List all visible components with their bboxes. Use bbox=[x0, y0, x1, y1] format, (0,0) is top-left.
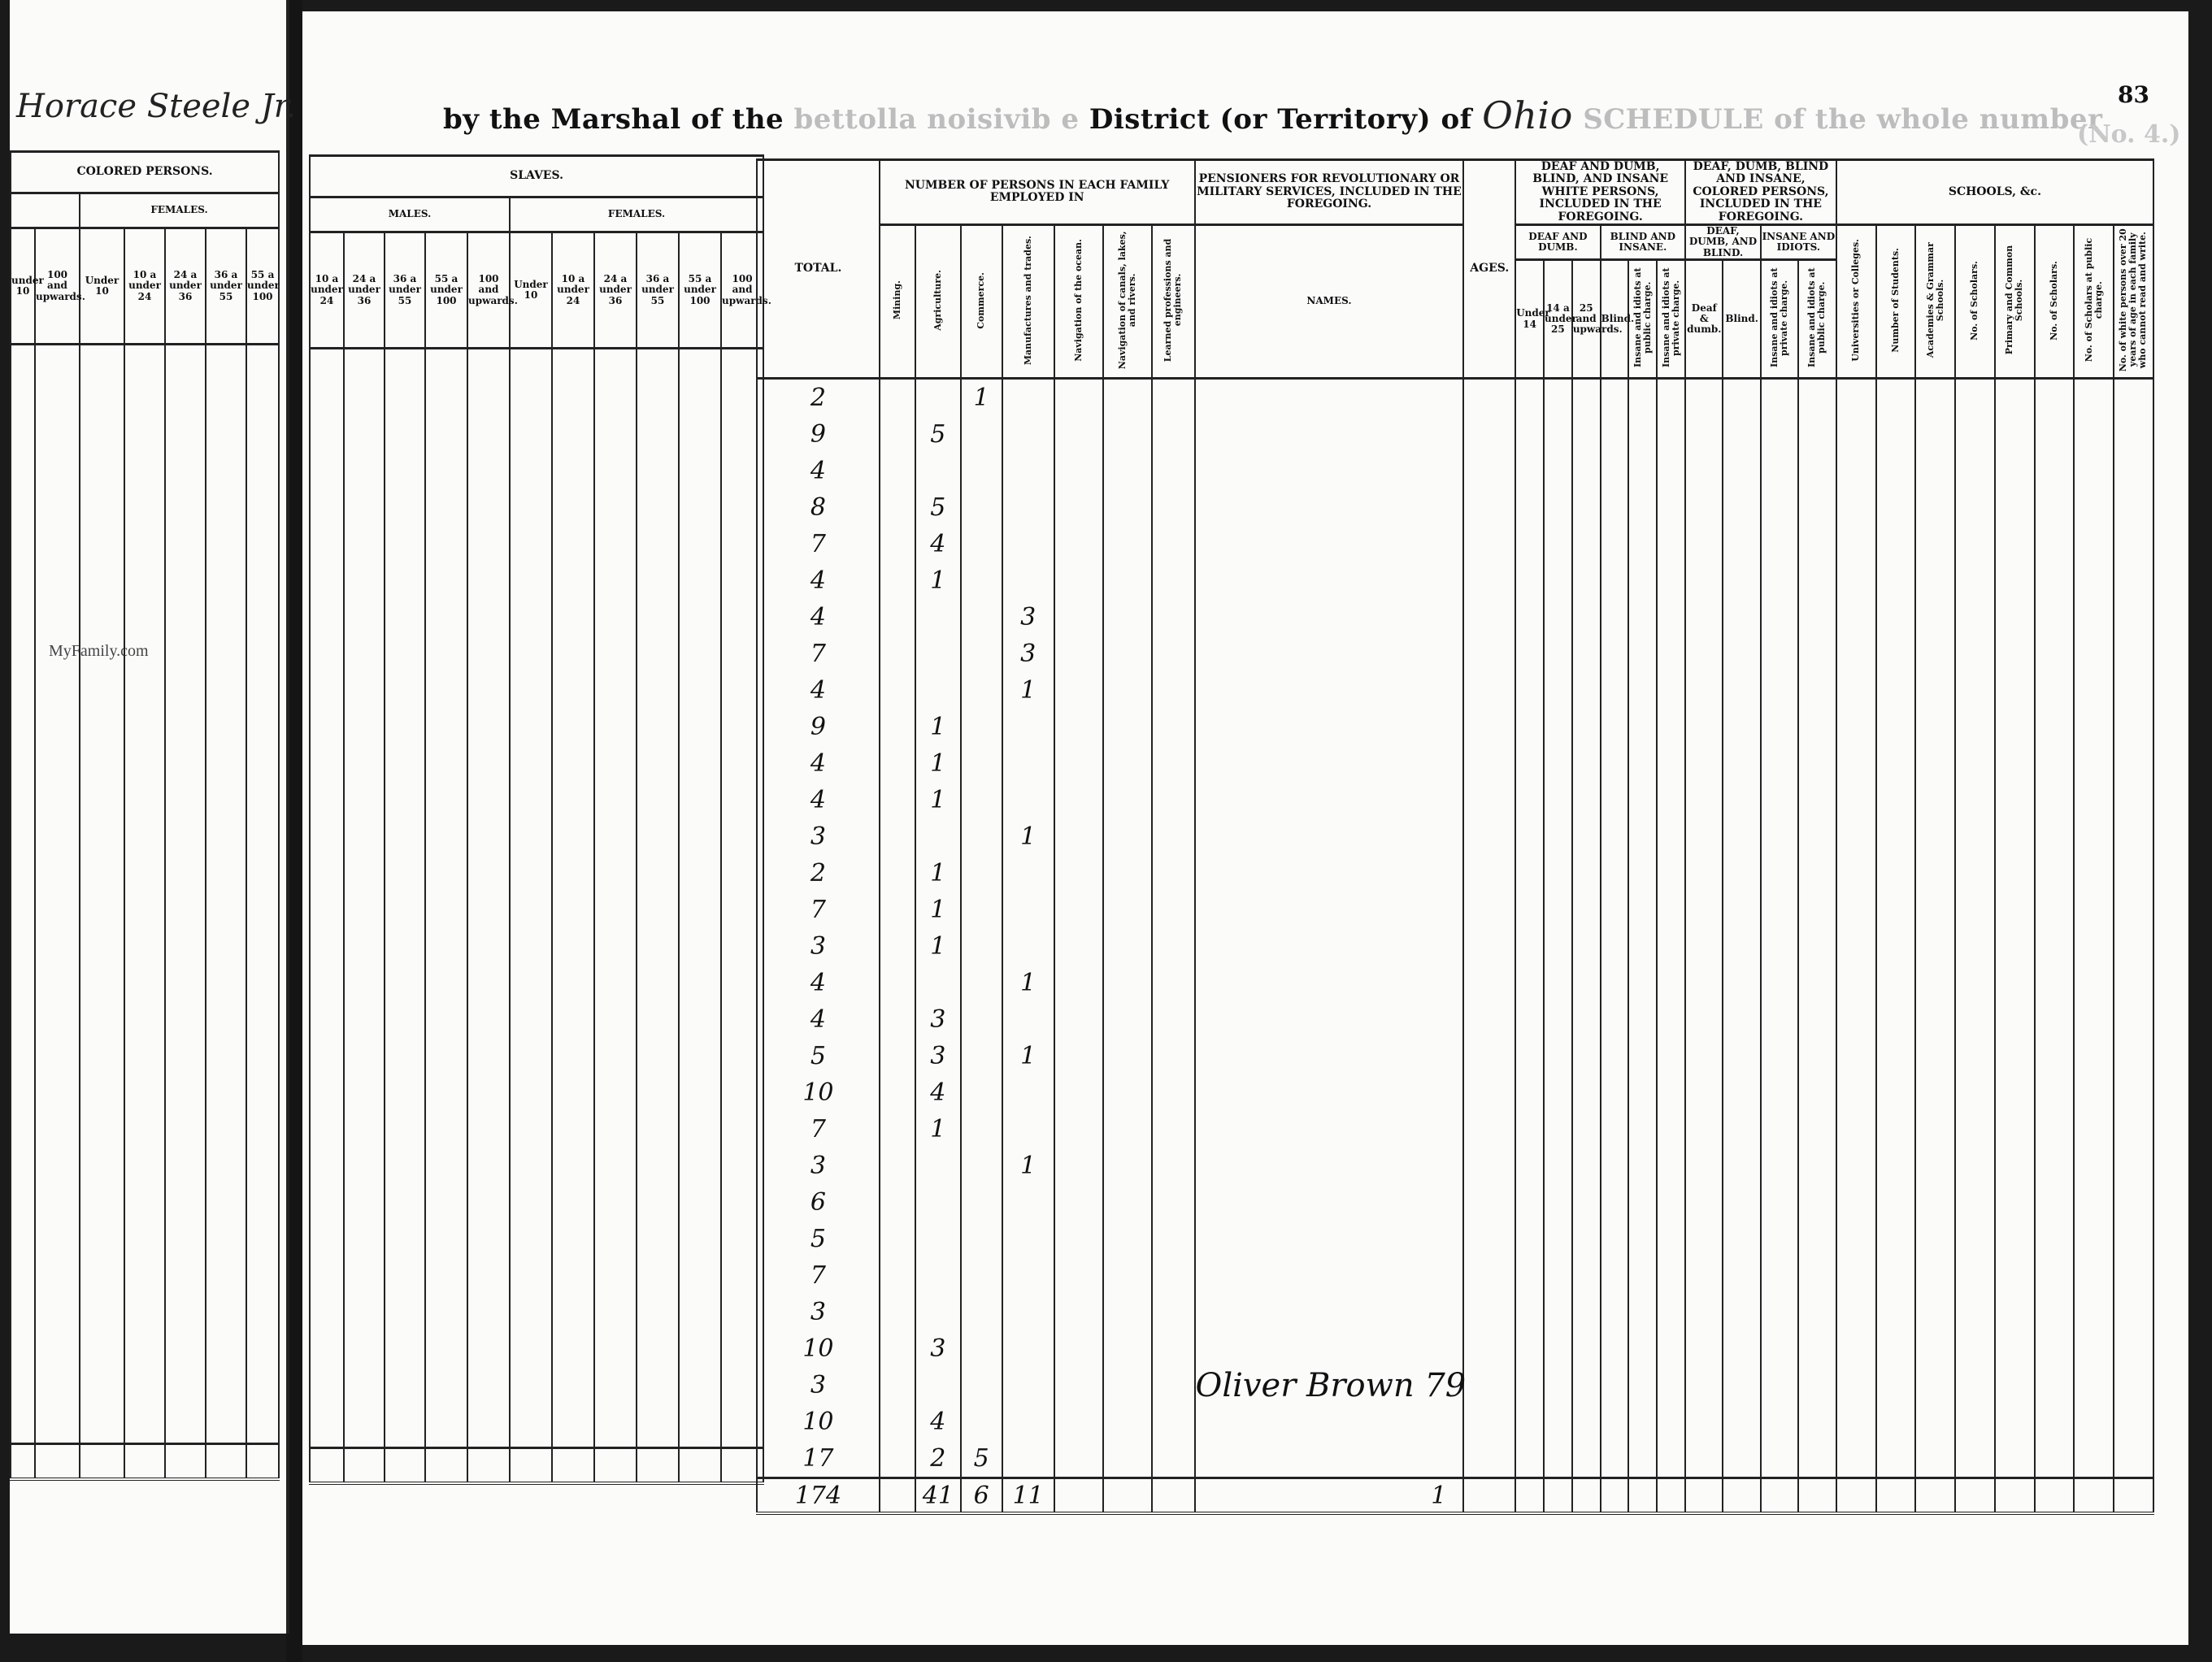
row-commerce bbox=[961, 782, 1002, 818]
col-header: 36 a under 55 bbox=[637, 232, 679, 349]
pensioner-name-text: Oliver Brown bbox=[1196, 1367, 1415, 1404]
row-agriculture: 5 bbox=[915, 416, 961, 453]
table-row: 103 bbox=[757, 1330, 2153, 1367]
table-row bbox=[310, 642, 763, 679]
title-ghost-right: SCHEDULE of the whole number bbox=[1583, 103, 2102, 136]
col-header: 36 a under 55 bbox=[385, 232, 425, 349]
row-commerce bbox=[961, 416, 1002, 453]
col-academies: Academies & Grammar Schools. bbox=[1926, 224, 1945, 375]
table-row bbox=[11, 528, 279, 565]
table-row bbox=[11, 638, 279, 675]
row-manufactures: 1 bbox=[1002, 672, 1054, 709]
row-total: 4 bbox=[757, 672, 880, 709]
table-row bbox=[310, 1337, 763, 1373]
table-row bbox=[310, 1008, 763, 1044]
col-primary-schools: Primary and Common Schools. bbox=[2005, 224, 2024, 375]
col-deaf-14-25: 14 a under 25 bbox=[1544, 259, 1572, 378]
row-total: 9 bbox=[757, 709, 880, 745]
col-header: 55 a under 100 bbox=[246, 228, 279, 345]
col-insane-public: Insane and idiots at public charge. bbox=[1633, 261, 1653, 375]
table-row bbox=[310, 1410, 763, 1448]
row-manufactures: 1 bbox=[1002, 1148, 1054, 1184]
table-row bbox=[310, 1227, 763, 1264]
table-row: 31 bbox=[757, 818, 2153, 855]
col-header: 100 and upwards. bbox=[467, 232, 510, 349]
row-pensioner-name bbox=[1195, 453, 1464, 489]
table-row bbox=[310, 459, 763, 496]
row-pensioner-name bbox=[1195, 379, 1464, 417]
colored-insane-subheader: INSANE AND IDIOTS. bbox=[1761, 224, 1836, 259]
table-row bbox=[310, 971, 763, 1008]
row-total: 4 bbox=[757, 562, 880, 599]
row-manufactures bbox=[1002, 855, 1054, 892]
table-row bbox=[310, 1154, 763, 1191]
row-pensioner-name bbox=[1195, 1404, 1464, 1440]
table-row: 1725 bbox=[757, 1440, 2153, 1478]
row-commerce bbox=[961, 1148, 1002, 1184]
table-row bbox=[11, 1406, 279, 1444]
row-agriculture: 1 bbox=[915, 562, 961, 599]
table-row bbox=[11, 1077, 279, 1113]
col-header: 55 a under 100 bbox=[679, 232, 721, 349]
row-manufactures bbox=[1002, 1221, 1054, 1257]
row-total: 3 bbox=[757, 928, 880, 965]
row-commerce bbox=[961, 1294, 1002, 1330]
col-colored-insane-public: Insane and idiots at public charge. bbox=[1807, 261, 1827, 375]
row-pensioner-age: 79 bbox=[1424, 1367, 1466, 1404]
row-manufactures bbox=[1002, 1440, 1054, 1478]
row-total: 2 bbox=[757, 379, 880, 417]
table-row: 41 bbox=[757, 562, 2153, 599]
row-pensioner-name bbox=[1195, 1001, 1464, 1038]
row-agriculture: 3 bbox=[915, 1038, 961, 1074]
col-header: 24 a under 36 bbox=[594, 232, 637, 349]
row-agriculture: 3 bbox=[915, 1001, 961, 1038]
row-manufactures: 1 bbox=[1002, 1038, 1054, 1074]
deaf-white-header: DEAF AND DUMB, BLIND, AND INSANE WHITE P… bbox=[1515, 160, 1685, 225]
row-commerce: 5 bbox=[961, 1440, 1002, 1478]
row-agriculture bbox=[915, 1221, 961, 1257]
col-header: 10 a under 24 bbox=[310, 232, 344, 349]
col-navigation-canals: Navigation of canals, lakes, and rivers. bbox=[1118, 224, 1137, 375]
table-row: 3 bbox=[757, 1294, 2153, 1330]
col-header: 24 a under 36 bbox=[165, 228, 206, 345]
row-agriculture: 1 bbox=[915, 782, 961, 818]
row-commerce bbox=[961, 489, 1002, 526]
col-insane-private: Insane and idiots at private charge. bbox=[1662, 261, 1681, 375]
colored-deaf-subheader: DEAF, DUMB, AND BLIND. bbox=[1685, 224, 1761, 259]
col-deaf-under14: Under 14 bbox=[1515, 259, 1544, 378]
row-manufactures bbox=[1002, 1184, 1054, 1221]
row-agriculture bbox=[915, 965, 961, 1001]
table-row bbox=[310, 532, 763, 569]
row-manufactures bbox=[1002, 1001, 1054, 1038]
row-agriculture: 1 bbox=[915, 892, 961, 928]
table-row: 3Oliver Brown 79 bbox=[757, 1367, 2153, 1404]
col-agriculture: Agriculture. bbox=[933, 270, 943, 331]
col-header: 10 a under 24 bbox=[552, 232, 594, 349]
page-title: by the Marshal of the bettolla noisivib … bbox=[443, 93, 2102, 137]
row-total: 10 bbox=[757, 1404, 880, 1440]
row-total: 3 bbox=[757, 1294, 880, 1330]
row-pensioner-name bbox=[1195, 782, 1464, 818]
row-agriculture bbox=[915, 1257, 961, 1294]
table-row: 41 bbox=[757, 672, 2153, 709]
row-commerce: 1 bbox=[961, 379, 1002, 417]
total-header: TOTAL. bbox=[757, 160, 880, 379]
row-total: 9 bbox=[757, 416, 880, 453]
table-row bbox=[310, 1081, 763, 1117]
row-pensioner-name bbox=[1195, 599, 1464, 636]
col-students: Number of Students. bbox=[1891, 248, 1901, 353]
row-commerce bbox=[961, 818, 1002, 855]
row-total: 8 bbox=[757, 489, 880, 526]
row-pensioner-name bbox=[1195, 928, 1464, 965]
row-total: 6 bbox=[757, 1184, 880, 1221]
table-row bbox=[11, 455, 279, 492]
table-row bbox=[11, 1113, 279, 1150]
row-manufactures bbox=[1002, 562, 1054, 599]
table-row bbox=[310, 496, 763, 532]
row-manufactures bbox=[1002, 1330, 1054, 1367]
title-ghost-text: bettolla noisivib e bbox=[794, 103, 1080, 136]
col-blind: Blind. bbox=[1601, 259, 1629, 378]
schedule-number: (No. 4.) bbox=[2077, 120, 2181, 149]
table-row bbox=[310, 1191, 763, 1227]
row-manufactures: 1 bbox=[1002, 818, 1054, 855]
table-row bbox=[310, 825, 763, 861]
row-manufactures: 3 bbox=[1002, 599, 1054, 636]
col-colored-blind: Blind. bbox=[1723, 259, 1760, 378]
table-row bbox=[11, 1369, 279, 1406]
row-agriculture bbox=[915, 1148, 961, 1184]
deaf-colored-header: DEAF, DUMB, BLIND AND INSANE, COLORED PE… bbox=[1685, 160, 1836, 225]
ages-header: AGES. bbox=[1463, 160, 1515, 379]
row-pensioner-name bbox=[1195, 1440, 1464, 1478]
total-sum: 174 bbox=[757, 1478, 880, 1514]
table-row bbox=[11, 675, 279, 711]
row-agriculture bbox=[915, 636, 961, 672]
col-learned-professions: Learned professions and engineers. bbox=[1163, 224, 1183, 375]
row-agriculture bbox=[915, 1184, 961, 1221]
table-row: 91 bbox=[757, 709, 2153, 745]
col-header: 10 a under 24 bbox=[124, 228, 165, 345]
totals-row: 174 41 6 11 1 bbox=[757, 1478, 2153, 1514]
row-pensioner-name bbox=[1195, 416, 1464, 453]
table-row bbox=[11, 1004, 279, 1040]
row-agriculture: 1 bbox=[915, 745, 961, 782]
row-agriculture: 4 bbox=[915, 1404, 961, 1440]
row-pensioner-name bbox=[1195, 1038, 1464, 1074]
row-total: 10 bbox=[757, 1074, 880, 1111]
table-row: 41 bbox=[757, 965, 2153, 1001]
col-header: 100 and upwards. bbox=[35, 228, 80, 345]
table-row bbox=[11, 382, 279, 419]
col-commerce: Commerce. bbox=[976, 272, 986, 329]
table-row: 21 bbox=[757, 855, 2153, 892]
table-row bbox=[310, 715, 763, 752]
table-row bbox=[310, 752, 763, 788]
row-pensioner-name bbox=[1195, 672, 1464, 709]
col-illiterate: No. of white persons over 20 years of ag… bbox=[2119, 224, 2148, 375]
row-manufactures bbox=[1002, 1367, 1054, 1404]
table-row bbox=[310, 898, 763, 935]
table-row: 104 bbox=[757, 1074, 2153, 1111]
table-row bbox=[11, 748, 279, 784]
schools-header: SCHOOLS, &c. bbox=[1836, 160, 2153, 225]
row-agriculture: 1 bbox=[915, 1111, 961, 1148]
row-commerce bbox=[961, 1330, 1002, 1367]
table-row bbox=[310, 1373, 763, 1410]
row-agriculture bbox=[915, 453, 961, 489]
page-number: 83 bbox=[2118, 81, 2149, 108]
table-row bbox=[11, 601, 279, 638]
row-agriculture bbox=[915, 1367, 961, 1404]
row-total: 3 bbox=[757, 1148, 880, 1184]
row-agriculture bbox=[915, 599, 961, 636]
table-row: 41 bbox=[757, 782, 2153, 818]
row-total: 3 bbox=[757, 1367, 880, 1404]
row-commerce bbox=[961, 1221, 1002, 1257]
row-pensioner-name bbox=[1195, 526, 1464, 562]
title-prefix: by the Marshal of the bbox=[443, 103, 784, 136]
pensioners-sum: 1 bbox=[1195, 1478, 1464, 1514]
employment-header: NUMBER OF PERSONS IN EACH FAMILY EMPLOYE… bbox=[880, 160, 1195, 225]
table-row bbox=[11, 1333, 279, 1369]
table-row: 4 bbox=[757, 453, 2153, 489]
table-row: 73 bbox=[757, 636, 2153, 672]
table-row: 104 bbox=[757, 1404, 2153, 1440]
row-manufactures bbox=[1002, 928, 1054, 965]
row-manufactures: 1 bbox=[1002, 965, 1054, 1001]
table-row bbox=[11, 857, 279, 894]
row-commerce bbox=[961, 1257, 1002, 1294]
row-total: 7 bbox=[757, 636, 880, 672]
clerk-signature: Horace Steele Jr. bbox=[16, 88, 296, 125]
row-manufactures bbox=[1002, 709, 1054, 745]
row-agriculture: 4 bbox=[915, 1074, 961, 1111]
col-colored-insane-private: Insane and idiots at private charge. bbox=[1770, 261, 1789, 375]
row-commerce bbox=[961, 672, 1002, 709]
col-public-scholars: No. of Scholars at public charge. bbox=[2084, 224, 2104, 375]
row-agriculture bbox=[915, 672, 961, 709]
row-total: 17 bbox=[757, 1440, 880, 1478]
row-manufactures bbox=[1002, 1404, 1054, 1440]
table-row bbox=[11, 1296, 279, 1333]
row-agriculture: 1 bbox=[915, 709, 961, 745]
row-total: 4 bbox=[757, 1001, 880, 1038]
row-agriculture bbox=[915, 818, 961, 855]
col-navigation-ocean: Navigation of the ocean. bbox=[1074, 239, 1084, 362]
district-name: Ohio bbox=[1482, 93, 1573, 137]
row-pensioner-name bbox=[1195, 1330, 1464, 1367]
col-header: under 10 bbox=[11, 228, 35, 345]
names-header: NAMES. bbox=[1195, 224, 1464, 378]
row-pensioner-name bbox=[1195, 1221, 1464, 1257]
row-manufactures bbox=[1002, 892, 1054, 928]
row-commerce bbox=[961, 1038, 1002, 1074]
row-commerce bbox=[961, 1184, 1002, 1221]
row-pensioner-name bbox=[1195, 1148, 1464, 1184]
col-header: 36 a under 55 bbox=[206, 228, 246, 345]
row-total: 4 bbox=[757, 965, 880, 1001]
row-pensioner-name bbox=[1195, 965, 1464, 1001]
row-total: 5 bbox=[757, 1038, 880, 1074]
table-row bbox=[11, 894, 279, 931]
row-total: 7 bbox=[757, 526, 880, 562]
row-pensioner-name bbox=[1195, 855, 1464, 892]
row-manufactures bbox=[1002, 745, 1054, 782]
row-total: 2 bbox=[757, 855, 880, 892]
row-total: 4 bbox=[757, 599, 880, 636]
table-row bbox=[310, 423, 763, 459]
table-row bbox=[11, 784, 279, 821]
col-mining: Mining. bbox=[893, 280, 902, 319]
row-manufactures: 3 bbox=[1002, 636, 1054, 672]
row-manufactures bbox=[1002, 1294, 1054, 1330]
row-total: 3 bbox=[757, 818, 880, 855]
row-commerce bbox=[961, 928, 1002, 965]
males-header bbox=[11, 193, 80, 228]
table-row bbox=[11, 1040, 279, 1077]
table-row bbox=[11, 1150, 279, 1187]
table-row: 71 bbox=[757, 892, 2153, 928]
table-row: 6 bbox=[757, 1184, 2153, 1221]
table-row bbox=[310, 935, 763, 971]
table-row: 43 bbox=[757, 599, 2153, 636]
row-total: 4 bbox=[757, 745, 880, 782]
row-total: 10 bbox=[757, 1330, 880, 1367]
row-pensioner-name bbox=[1195, 1074, 1464, 1111]
row-commerce bbox=[961, 1074, 1002, 1111]
row-manufactures bbox=[1002, 416, 1054, 453]
col-header: 24 a under 36 bbox=[344, 232, 385, 349]
col-primary-scholars: No. of Scholars. bbox=[2049, 261, 2059, 341]
row-total: 7 bbox=[757, 1111, 880, 1148]
pensioners-header: PENSIONERS FOR REVOLUTIONARY OR MILITARY… bbox=[1195, 160, 1464, 225]
row-manufactures bbox=[1002, 782, 1054, 818]
col-deaf-25-up: 25 and upwards. bbox=[1572, 259, 1601, 378]
table-row bbox=[11, 492, 279, 528]
row-commerce bbox=[961, 1404, 1002, 1440]
col-manufactures: Manufactures and trades. bbox=[1023, 236, 1033, 365]
row-agriculture: 5 bbox=[915, 489, 961, 526]
row-commerce bbox=[961, 892, 1002, 928]
row-commerce bbox=[961, 1111, 1002, 1148]
table-row bbox=[310, 1117, 763, 1154]
col-universities: Universities or Colleges. bbox=[1851, 239, 1861, 362]
row-manufactures bbox=[1002, 526, 1054, 562]
table-row bbox=[310, 679, 763, 715]
commerce-sum: 6 bbox=[961, 1478, 1002, 1514]
row-commerce bbox=[961, 709, 1002, 745]
row-total: 4 bbox=[757, 782, 880, 818]
col-academy-scholars: No. of Scholars. bbox=[1970, 261, 1980, 341]
table-row: 95 bbox=[757, 416, 2153, 453]
row-commerce bbox=[961, 855, 1002, 892]
row-commerce bbox=[961, 636, 1002, 672]
row-commerce bbox=[961, 1001, 1002, 1038]
table-row: 21 bbox=[757, 379, 2153, 417]
deaf-dumb-subheader: DEAF AND DUMB. bbox=[1515, 224, 1600, 259]
table-row: 71 bbox=[757, 1111, 2153, 1148]
table-row bbox=[11, 1260, 279, 1296]
row-commerce bbox=[961, 453, 1002, 489]
table-row bbox=[11, 931, 279, 967]
table-row bbox=[11, 419, 279, 455]
blind-insane-subheader: BLIND AND INSANE. bbox=[1601, 224, 1685, 259]
table-row bbox=[310, 1300, 763, 1337]
table-row bbox=[11, 1223, 279, 1260]
table-row bbox=[310, 788, 763, 825]
col-header: Under 10 bbox=[510, 232, 552, 349]
row-pensioner-name bbox=[1195, 745, 1464, 782]
table-row bbox=[11, 345, 279, 383]
census-main-table: TOTAL. NUMBER OF PERSONS IN EACH FAMILY … bbox=[756, 158, 2154, 1515]
row-agriculture: 3 bbox=[915, 1330, 961, 1367]
table-row: 7 bbox=[757, 1257, 2153, 1294]
agriculture-sum: 41 bbox=[915, 1478, 961, 1514]
colored-persons-table: COLORED PERSONS. FEMALES. under 10 100 a… bbox=[10, 150, 280, 1481]
table-row bbox=[310, 386, 763, 423]
row-agriculture: 1 bbox=[915, 928, 961, 965]
row-manufactures bbox=[1002, 453, 1054, 489]
table-row: 531 bbox=[757, 1038, 2153, 1074]
row-total: 5 bbox=[757, 1221, 880, 1257]
table-row: 74 bbox=[757, 526, 2153, 562]
table-row bbox=[11, 821, 279, 857]
females-header: FEMALES. bbox=[80, 193, 279, 228]
table-row bbox=[310, 861, 763, 898]
row-commerce bbox=[961, 526, 1002, 562]
manufactures-sum: 11 bbox=[1002, 1478, 1054, 1514]
table-row bbox=[11, 565, 279, 601]
row-pensioner-name bbox=[1195, 1111, 1464, 1148]
row-total: 4 bbox=[757, 453, 880, 489]
slaves-males-header: MALES. bbox=[310, 197, 510, 232]
colored-persons-header: COLORED PERSONS. bbox=[11, 152, 279, 193]
table-row bbox=[310, 349, 763, 387]
row-pensioner-name bbox=[1195, 1294, 1464, 1330]
row-agriculture: 2 bbox=[915, 1440, 961, 1478]
row-pensioner-name bbox=[1195, 818, 1464, 855]
table-row: 5 bbox=[757, 1221, 2153, 1257]
row-commerce bbox=[961, 745, 1002, 782]
row-pensioner-name bbox=[1195, 1184, 1464, 1221]
table-row: 31 bbox=[757, 1148, 2153, 1184]
table-row bbox=[310, 569, 763, 605]
table-row: 41 bbox=[757, 745, 2153, 782]
col-header: 55 a under 100 bbox=[425, 232, 467, 349]
table-row bbox=[310, 1264, 763, 1300]
col-colored-deaf: Deaf & dumb. bbox=[1685, 259, 1723, 378]
row-commerce bbox=[961, 599, 1002, 636]
table-row: 31 bbox=[757, 928, 2153, 965]
row-total: 7 bbox=[757, 1257, 880, 1294]
table-row bbox=[310, 605, 763, 642]
row-pensioner-name bbox=[1195, 636, 1464, 672]
row-agriculture bbox=[915, 379, 961, 417]
col-header: Under 10 bbox=[80, 228, 124, 345]
table-row bbox=[11, 967, 279, 1004]
row-commerce bbox=[961, 965, 1002, 1001]
slaves-header: SLAVES. bbox=[310, 156, 763, 197]
row-pensioner-name: Oliver Brown 79 bbox=[1195, 1367, 1464, 1404]
table-row: 43 bbox=[757, 1001, 2153, 1038]
table-row bbox=[11, 711, 279, 748]
row-agriculture bbox=[915, 1294, 961, 1330]
row-pensioner-name bbox=[1195, 1257, 1464, 1294]
